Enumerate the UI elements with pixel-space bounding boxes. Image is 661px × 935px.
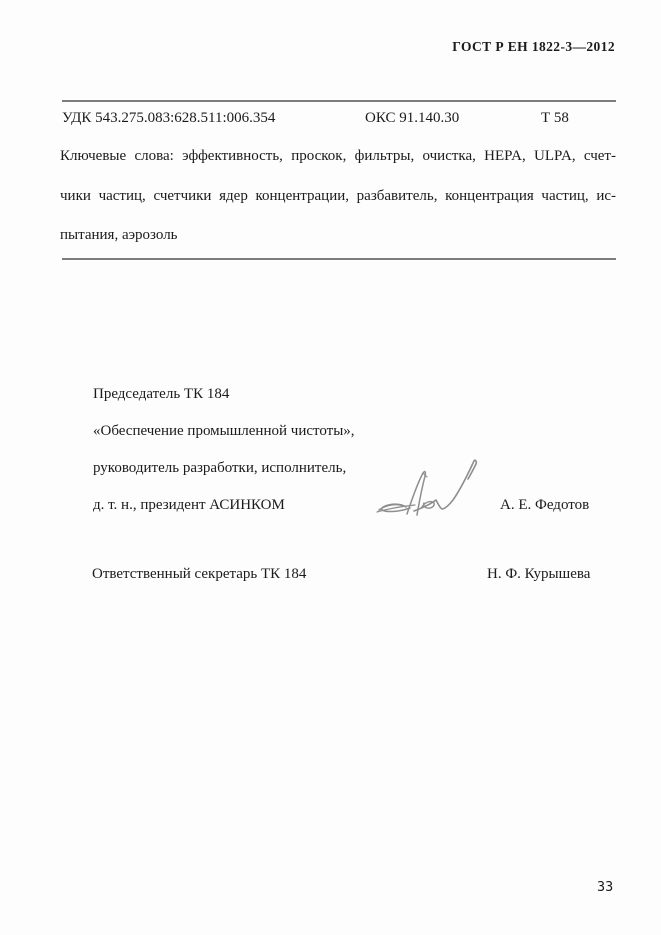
chairman-role-line-2: «Обеспечение промышленной чистоты», [93,423,355,440]
secretary-role: Ответственный секретарь ТК 184 [92,566,306,583]
keywords-line-1: Ключевые слова: эффективность, проскок, … [60,146,616,186]
oks-code: ОКС 91.140.30 [365,110,459,127]
chairman-role-line-3: руководитель разработки, исполнитель, [93,460,346,477]
document-page: ГОСТ Р ЕН 1822-3—2012 УДК 543.275.083:62… [0,0,661,935]
udk-code: УДК 543.275.083:628.511:006.354 [62,110,275,127]
doc-number-header: ГОСТ Р ЕН 1822-3—2012 [452,39,615,55]
page-number: 33 [597,879,613,895]
chairman-role-line-1: Председатель ТК 184 [93,386,229,403]
keywords-line-2: чики частиц, счетчики ядер концентрации,… [60,186,616,226]
top-rule [62,100,616,102]
keywords-paragraph: Ключевые слова: эффективность, проскок, … [60,146,616,265]
secretary-name: Н. Ф. Курышева [487,566,590,583]
chairman-name: А. Е. Федотов [500,497,589,514]
bottom-rule [62,258,616,260]
signature-image [365,448,485,523]
chairman-role-line-4: д. т. н., президент АСИНКОМ [93,497,285,514]
t-code: Т 58 [541,110,569,127]
